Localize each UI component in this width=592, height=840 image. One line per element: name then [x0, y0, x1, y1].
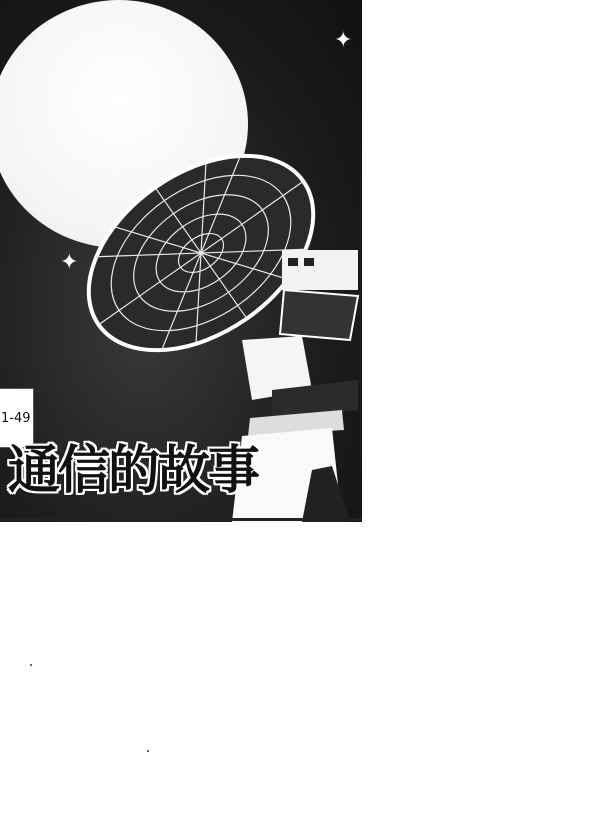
book-title: 通信的故事 — [8, 428, 258, 503]
star-icon: ✦ — [334, 30, 352, 52]
scan-speck — [147, 750, 149, 752]
star-icon: ✦ — [60, 252, 78, 274]
cover-edge — [0, 518, 362, 521]
scan-speck — [30, 664, 32, 666]
book-cover: ✦ ✦ 1-49 通信的故事 — [0, 0, 362, 522]
